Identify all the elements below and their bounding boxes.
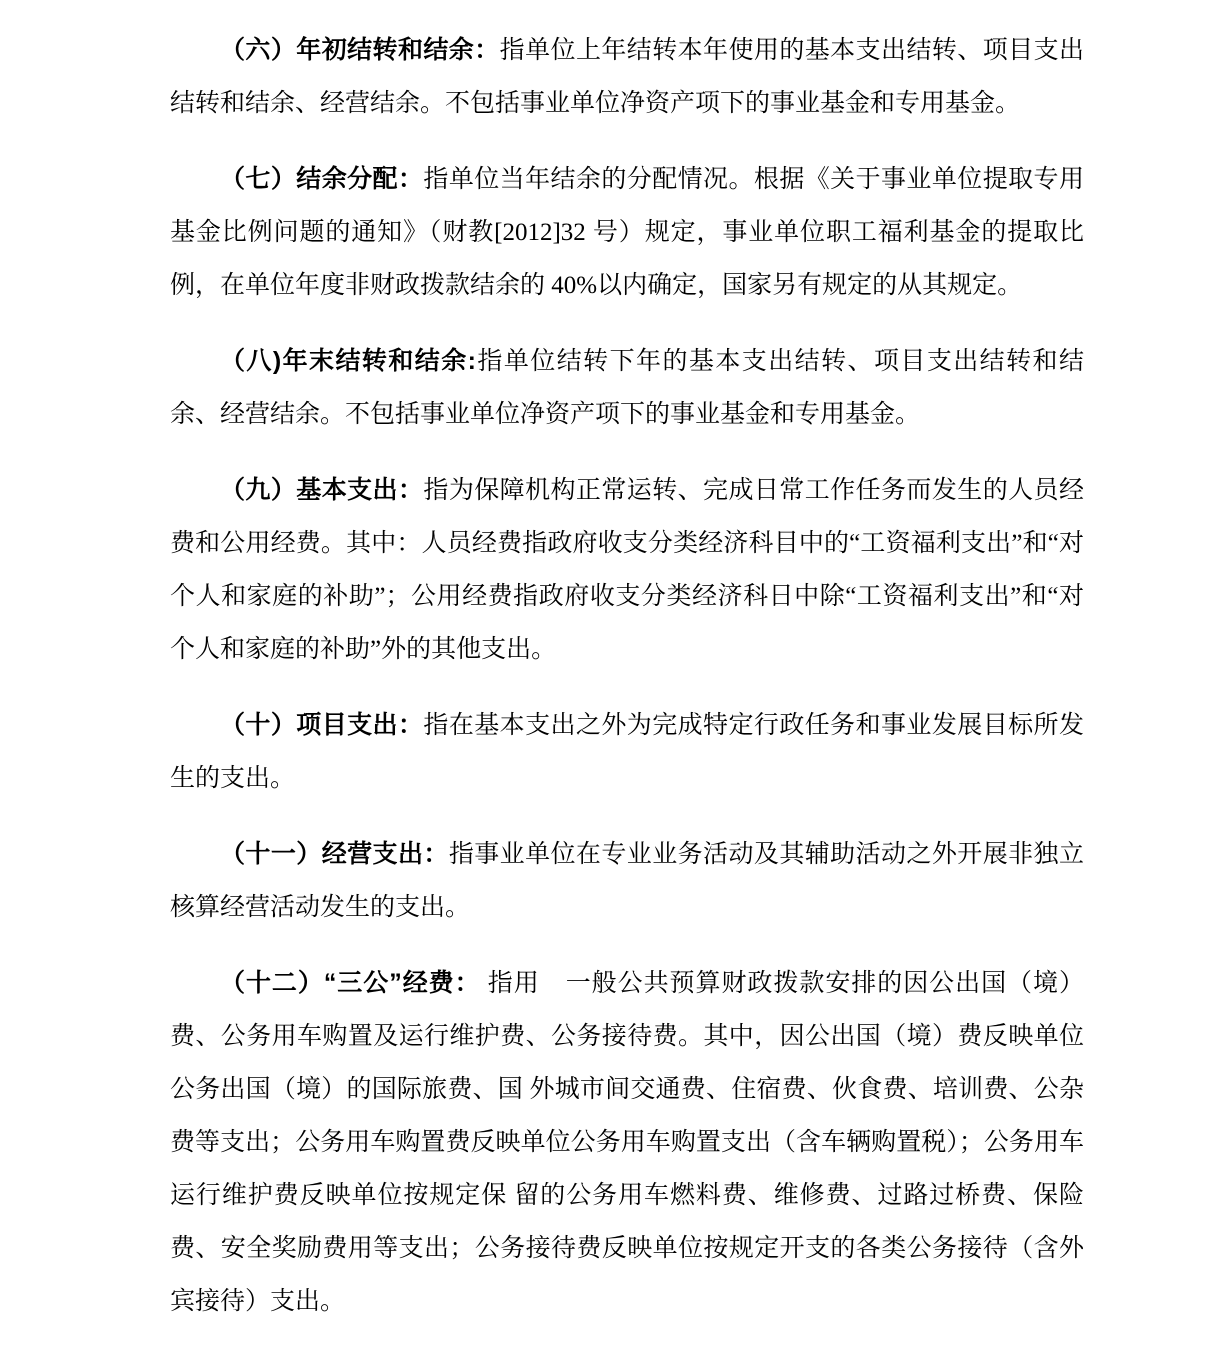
paragraph-11-operating-expenditure: （十一）经营支出：指事业单位在专业业务活动及其辅助活动之外开展非独立核算经营活动… bbox=[170, 828, 1084, 934]
term-heading: （十一）经营支出： bbox=[220, 840, 449, 868]
paragraph-8-year-end-carryover: （八)年末结转和结余:指单位结转下年的基本支出结转、项目支出结转和结余、经营结余… bbox=[170, 335, 1084, 441]
paragraph-7-surplus-distribution: （七）结余分配：指单位当年结余的分配情况。根据《关于事业单位提取专用基金比例问题… bbox=[170, 153, 1084, 312]
term-heading: （十二）“三公”经费： bbox=[220, 969, 481, 997]
term-heading: （十）项目支出： bbox=[220, 711, 423, 739]
term-heading: （七）结余分配： bbox=[220, 165, 423, 193]
term-definition: 指为保障机构正常运转、完成日常工作任务而发生的人员经费和公用经费。其中：人员经费… bbox=[170, 477, 1084, 663]
term-heading: （九）基本支出： bbox=[220, 476, 423, 504]
term-heading: （六）年初结转和结余： bbox=[220, 36, 500, 64]
document-page: { "document": { "language": "zh-CN", "ba… bbox=[0, 0, 1224, 1352]
term-heading: （八)年末结转和结余: bbox=[220, 347, 476, 375]
paragraph-12-three-public-expenses: （十二）“三公”经费： 指用 一般公共预算财政拨款安排的因公出国（境）费、公务用… bbox=[170, 957, 1084, 1328]
paragraph-10-project-expenditure: （十）项目支出：指在基本支出之外为完成特定行政任务和事业发展目标所发生的支出。 bbox=[170, 699, 1084, 805]
document-content: （六）年初结转和结余：指单位上年结转本年使用的基本支出结转、项目支出结转和结余、… bbox=[0, 0, 1224, 1352]
paragraph-6-year-begin-carryover: （六）年初结转和结余：指单位上年结转本年使用的基本支出结转、项目支出结转和结余、… bbox=[170, 24, 1084, 130]
term-definition: 指用 一般公共预算财政拨款安排的因公出国（境）费、公务用车购置及运行维护费、公务… bbox=[170, 970, 1084, 1315]
paragraph-9-basic-expenditure: （九）基本支出：指为保障机构正常运转、完成日常工作任务而发生的人员经费和公用经费… bbox=[170, 464, 1084, 676]
